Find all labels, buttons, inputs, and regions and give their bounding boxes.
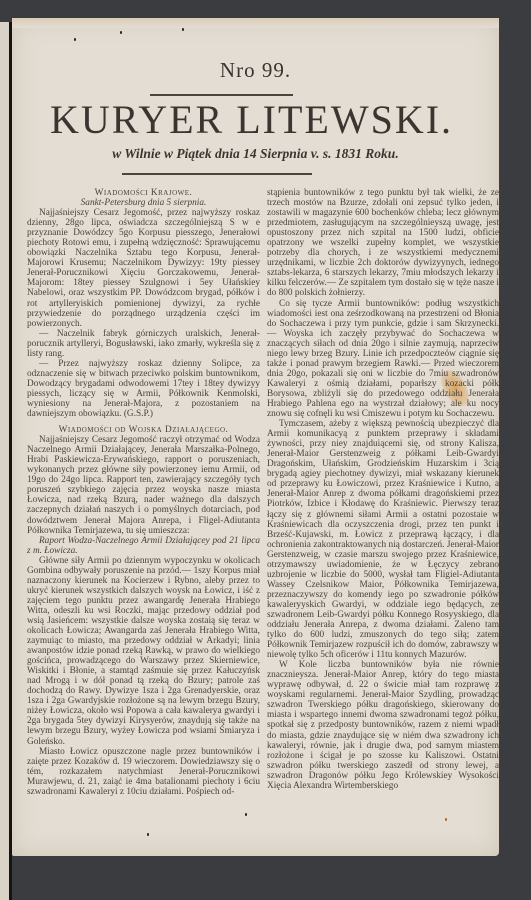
adjacent-page-edge <box>0 22 9 900</box>
article-paragraph: Najjaśniejszy Cesarz Jegomość, przez naj… <box>27 208 260 329</box>
newspaper-page: Nro 99. KURYER LITEWSKI. w Wilnie w Piąt… <box>12 18 499 856</box>
article-paragraph: Główne siły Armii po dziennym wypoczynku… <box>27 556 260 747</box>
issue-number: Nro 99. <box>12 58 499 83</box>
article-paragraph: Tymczasem, ażeby z większą pewnością ube… <box>267 419 499 660</box>
section-heading: Wiadomości od Wojska Działającego. <box>27 425 260 435</box>
dateline: w Wilnie w Piątek dnia 14 Sierpnia v. s.… <box>12 146 499 162</box>
paper-speck <box>245 813 247 816</box>
article-paragraph: Co się tycze Armii buntowników: podług w… <box>267 299 499 420</box>
column-right: stąpienia buntowników z tego punktu był … <box>267 188 499 791</box>
article-paragraph: — Przez najwyższy roskaz dzienny Solipce… <box>27 359 260 419</box>
paper-speck <box>147 833 149 836</box>
section-heading-text: Wiadomości od Wojska Działającego. <box>59 425 229 435</box>
report-title: Raport Wodza-Naczelnego Armii Działające… <box>27 536 260 556</box>
column-left: Wiadomości Krajowe. Sankt-Petersburg dni… <box>27 188 260 797</box>
paper-speck <box>445 818 447 821</box>
paper-speck <box>182 28 184 31</box>
article-paragraph: Miasto Łowicz opuszczone nagle przez bun… <box>27 747 260 797</box>
dateline-rule <box>122 173 312 175</box>
article-paragraph: Najjaśniejszy Cesarz Jegomość raczył otr… <box>27 435 260 535</box>
section-dateline: Sankt-Petersburg dnia 5 sierpnia. <box>27 198 260 208</box>
article-paragraph: W Kole liczba buntowników była nie równi… <box>267 660 499 791</box>
article-paragraph: — Naczelnik fabryk górniczych uralskich,… <box>27 329 260 359</box>
paper-speck <box>120 31 122 34</box>
paper-speck <box>74 38 76 41</box>
section-heading: Wiadomości Krajowe. <box>27 188 260 198</box>
article-paragraph: stąpienia buntowników z tego punktu był … <box>267 188 499 299</box>
newspaper-title: KURYER LITEWSKI. <box>8 96 495 143</box>
